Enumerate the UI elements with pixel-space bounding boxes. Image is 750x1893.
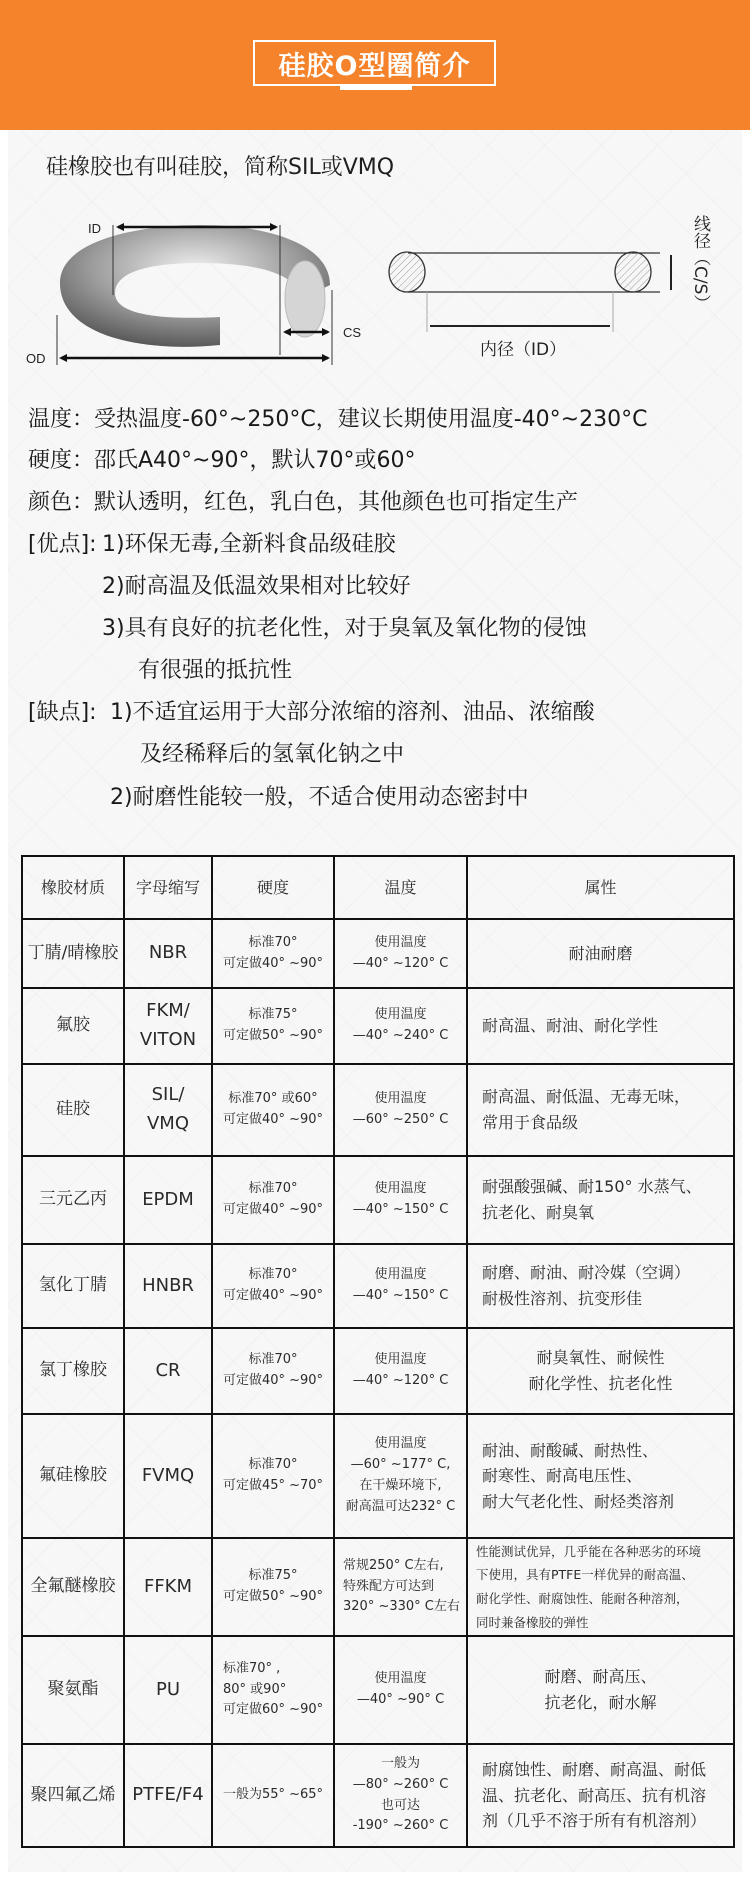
props-cell: 耐油耐磨: [467, 919, 734, 988]
intro-text: 硅橡胶也有叫硅胶，简称SIL或VMQ: [46, 150, 394, 181]
hardness-cell: 标准70°可定做40° ~90°: [212, 1156, 334, 1244]
table-row: 氢化丁腈 HNBR 标准70°可定做40° ~90° 使用温度—40° ~150…: [22, 1244, 734, 1328]
con-item: 2)耐磨性能较一般，不适合使用动态密封中: [110, 780, 529, 811]
temperature-spec: 温度：受热温度-60°~250°C，建议长期使用温度-40°~230°C: [28, 402, 647, 433]
material-cell: 氟胶: [22, 988, 124, 1064]
props-cell: 性能测试优异，几乎能在各种恶劣的环境下使用，具有PTFE一样优异的耐高温、耐化学…: [467, 1538, 734, 1636]
abbr-cell: NBR: [124, 919, 212, 988]
color-spec: 颜色：默认透明，红色，乳白色，其他颜色也可指定生产: [28, 485, 578, 516]
hardness-cell: 标准75°可定做50° ~90°: [212, 1538, 334, 1636]
material-table: 橡胶材质 字母缩写 硬度 温度 属性 丁腈/晴橡胶 NBR 标准70°可定做40…: [21, 855, 735, 1848]
temp-cell: 使用温度—40° ~150° C: [334, 1244, 467, 1328]
header-banner: 硅胶O型圈简介: [0, 0, 750, 130]
material-cell: 氟硅橡胶: [22, 1414, 124, 1538]
table-row: 聚氨酯 PU 标准70° ,80° 或90°可定做60° ~90° 使用温度—4…: [22, 1636, 734, 1744]
table-row: 丁腈/晴橡胶 NBR 标准70°可定做40° ~90° 使用温度—40° ~12…: [22, 919, 734, 988]
torus-illustration: [60, 225, 330, 347]
material-cell: 三元乙丙: [22, 1156, 124, 1244]
hardness-cell: 标准70° ,80° 或90°可定做60° ~90°: [212, 1636, 334, 1744]
pro-item: 1)环保无毒,全新料食品级硅胶: [102, 527, 396, 558]
page-title: 硅胶O型圈简介: [253, 40, 496, 86]
abbr-cell: SIL/VMQ: [124, 1064, 212, 1156]
column-header: 属性: [467, 856, 734, 919]
cons-label: [缺点]:: [28, 695, 97, 726]
table-row: 氟胶 FKM/VITON 标准75°可定做50° ~90° 使用温度—40° ~…: [22, 988, 734, 1064]
cross-section-illustration: [389, 252, 671, 332]
hardness-cell: 标准70°可定做40° ~90°: [212, 1328, 334, 1414]
props-cell: 耐臭氧性、耐候性耐化学性、抗老化性: [467, 1328, 734, 1414]
pro-item: 有很强的抵抗性: [138, 653, 292, 684]
column-header: 温度: [334, 856, 467, 919]
props-cell: 耐磨、耐油、耐冷媒（空调）耐极性溶剂、抗变形佳: [467, 1244, 734, 1328]
table-header-row: 橡胶材质 字母缩写 硬度 温度 属性: [22, 856, 734, 919]
abbr-cell: PU: [124, 1636, 212, 1744]
abbr-cell: HNBR: [124, 1244, 212, 1328]
temp-cell: 使用温度—40° ~150° C: [334, 1156, 467, 1244]
table-row: 全氟醚橡胶 FFKM 标准75°可定做50° ~90° 常规250° C左右,特…: [22, 1538, 734, 1636]
abbr-cell: FVMQ: [124, 1414, 212, 1538]
abbr-cell: CR: [124, 1328, 212, 1414]
con-item: 及经稀释后的氢氧化钠之中: [140, 737, 404, 768]
temp-cell: 常规250° C左右,特殊配方可达到320° ~330° C左右: [334, 1538, 467, 1636]
props-cell: 耐油、耐酸碱、耐热性、耐寒性、耐高电压性、耐大气老化性、耐烃类溶剂: [467, 1414, 734, 1538]
material-cell: 聚四氟乙烯: [22, 1744, 124, 1847]
inner-diameter-label: 内径（ID）: [480, 340, 566, 360]
hardness-cell: 标准75°可定做50° ~90°: [212, 988, 334, 1064]
hardness-cell: 标准70°可定做40° ~90°: [212, 919, 334, 988]
cs-label: CS: [343, 325, 361, 340]
pro-item: 2)耐高温及低温效果相对比较好: [102, 569, 411, 600]
material-cell: 聚氨酯: [22, 1636, 124, 1744]
temp-cell: 使用温度—60° ~177° C,在干燥环境下,耐高温可达232° C: [334, 1414, 467, 1538]
page-title-text: 硅胶O型圈简介: [279, 44, 471, 83]
od-label: OD: [26, 351, 46, 365]
abbr-cell: FKM/VITON: [124, 988, 212, 1064]
table-row: 硅胶 SIL/VMQ 标准70° 或60°可定做40° ~90° 使用温度—60…: [22, 1064, 734, 1156]
abbr-cell: EPDM: [124, 1156, 212, 1244]
pros-label: [优点]:: [28, 527, 97, 558]
temp-cell: 使用温度—40° ~120° C: [334, 1328, 467, 1414]
cross-section-label: 线径（C/S）: [690, 215, 711, 311]
props-cell: 耐高温、耐低温、无毒无味，常用于食品级: [467, 1064, 734, 1156]
material-cell: 全氟醚橡胶: [22, 1538, 124, 1636]
pro-item: 3)具有良好的抗老化性，对于臭氧及氧化物的侵蚀: [102, 611, 587, 642]
table-row: 氯丁橡胶 CR 标准70°可定做40° ~90° 使用温度—40° ~120° …: [22, 1328, 734, 1414]
material-cell: 硅胶: [22, 1064, 124, 1156]
props-cell: 耐强酸强碱、耐150° 水蒸气、抗老化、耐臭氧: [467, 1156, 734, 1244]
column-header: 硬度: [212, 856, 334, 919]
con-item: 1)不适宜运用于大部分浓缩的溶剂、油品、浓缩酸: [110, 695, 595, 726]
table-row: 三元乙丙 EPDM 标准70°可定做40° ~90° 使用温度—40° ~150…: [22, 1156, 734, 1244]
temp-cell: 一般为—80° ~260° C也可达-190° ~260° C: [334, 1744, 467, 1847]
table-row: 氟硅橡胶 FVMQ 标准70°可定做45° ~70° 使用温度—60° ~177…: [22, 1414, 734, 1538]
material-cell: 氯丁橡胶: [22, 1328, 124, 1414]
temp-cell: 使用温度—40° ~120° C: [334, 919, 467, 988]
temp-cell: 使用温度—60° ~250° C: [334, 1064, 467, 1156]
title-underline: [340, 85, 412, 90]
abbr-cell: FFKM: [124, 1538, 212, 1636]
hardness-cell: 标准70°可定做40° ~90°: [212, 1244, 334, 1328]
temp-cell: 使用温度—40° ~90° C: [334, 1636, 467, 1744]
hardness-cell: 一般为55° ~65°: [212, 1744, 334, 1847]
props-cell: 耐高温、耐油、耐化学性: [467, 988, 734, 1064]
hardness-spec: 硬度：邵氏A40°~90°，默认70°或60°: [28, 443, 415, 474]
temp-cell: 使用温度—40° ~240° C: [334, 988, 467, 1064]
id-label: ID: [88, 221, 101, 236]
table-row: 聚四氟乙烯 PTFE/F4 一般为55° ~65° 一般为—80° ~260° …: [22, 1744, 734, 1847]
abbr-cell: PTFE/F4: [124, 1744, 212, 1847]
props-cell: 耐腐蚀性、耐磨、耐高温、耐低温、抗老化、耐高压、抗有机溶剂（几乎不溶于所有有机溶…: [467, 1744, 734, 1847]
hardness-cell: 标准70°可定做45° ~70°: [212, 1414, 334, 1538]
props-cell: 耐磨、耐高压、抗老化，耐水解: [467, 1636, 734, 1744]
column-header: 字母缩写: [124, 856, 212, 919]
hardness-cell: 标准70° 或60°可定做40° ~90°: [212, 1064, 334, 1156]
column-header: 橡胶材质: [22, 856, 124, 919]
o-ring-diagram: ID OD CS 内径（ID） 线径（C/S）: [0, 205, 750, 365]
material-cell: 氢化丁腈: [22, 1244, 124, 1328]
material-cell: 丁腈/晴橡胶: [22, 919, 124, 988]
